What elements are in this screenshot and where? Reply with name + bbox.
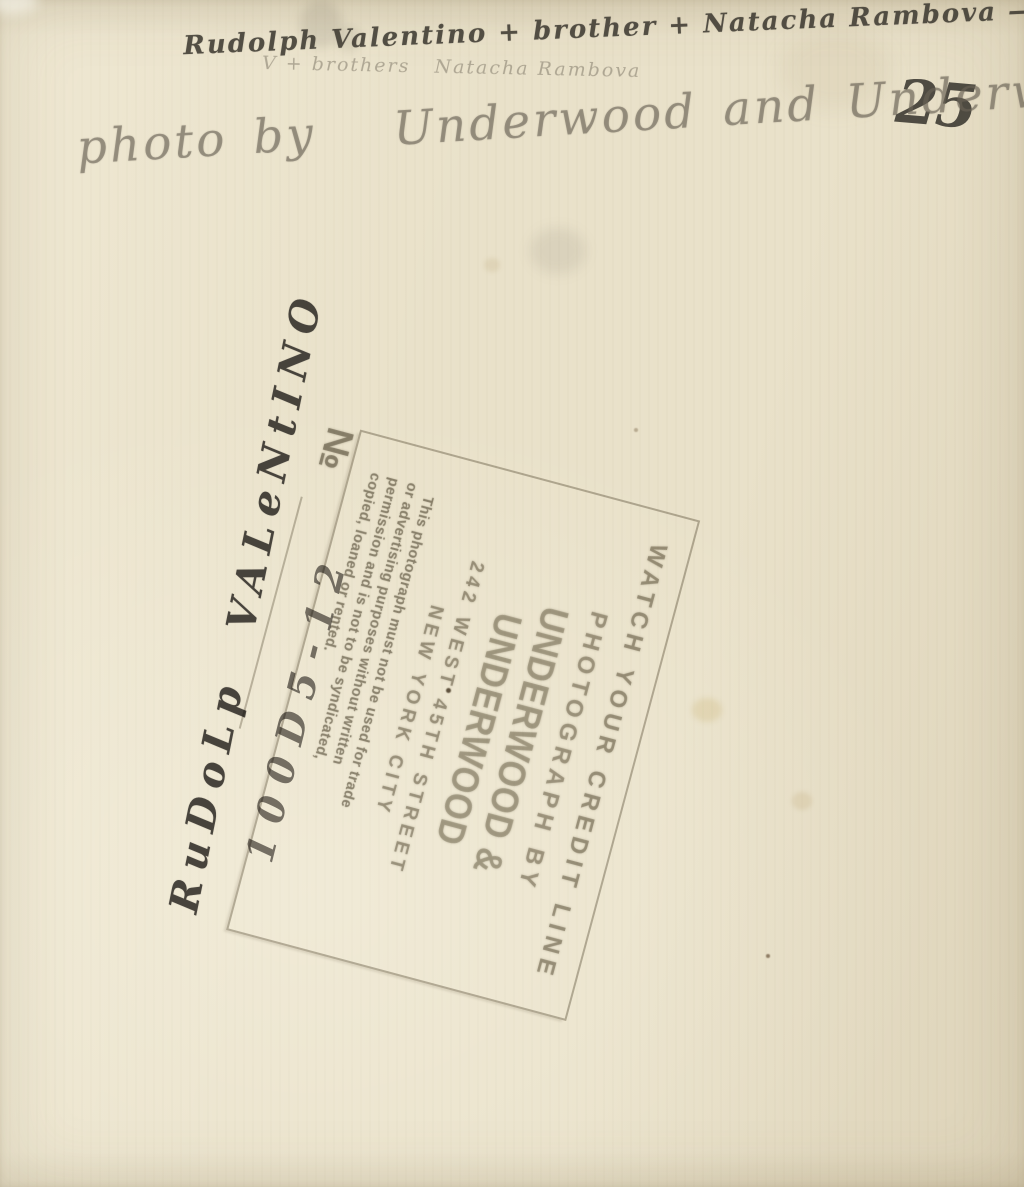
photo-verso-scan: Rudolph Valentino + brother + Natacha Ra… [0, 0, 1024, 1187]
stamp-border-box: WATCH YOUR CREDIT LINE PHOTOGRAPH BY UND… [226, 430, 700, 1021]
paper-stain [692, 698, 722, 722]
paper-smudge [530, 228, 586, 274]
paper-speck [766, 954, 770, 958]
photographer-credit-handwriting: photo by Underwood and Underwood [75, 67, 977, 175]
paper-speck [634, 428, 638, 432]
paper-stain [792, 792, 812, 810]
paper-corner-highlight [0, 0, 38, 14]
paper-stain [484, 258, 500, 272]
caption-handwriting-faint: V + brothers Natacha Rambova [262, 52, 642, 82]
